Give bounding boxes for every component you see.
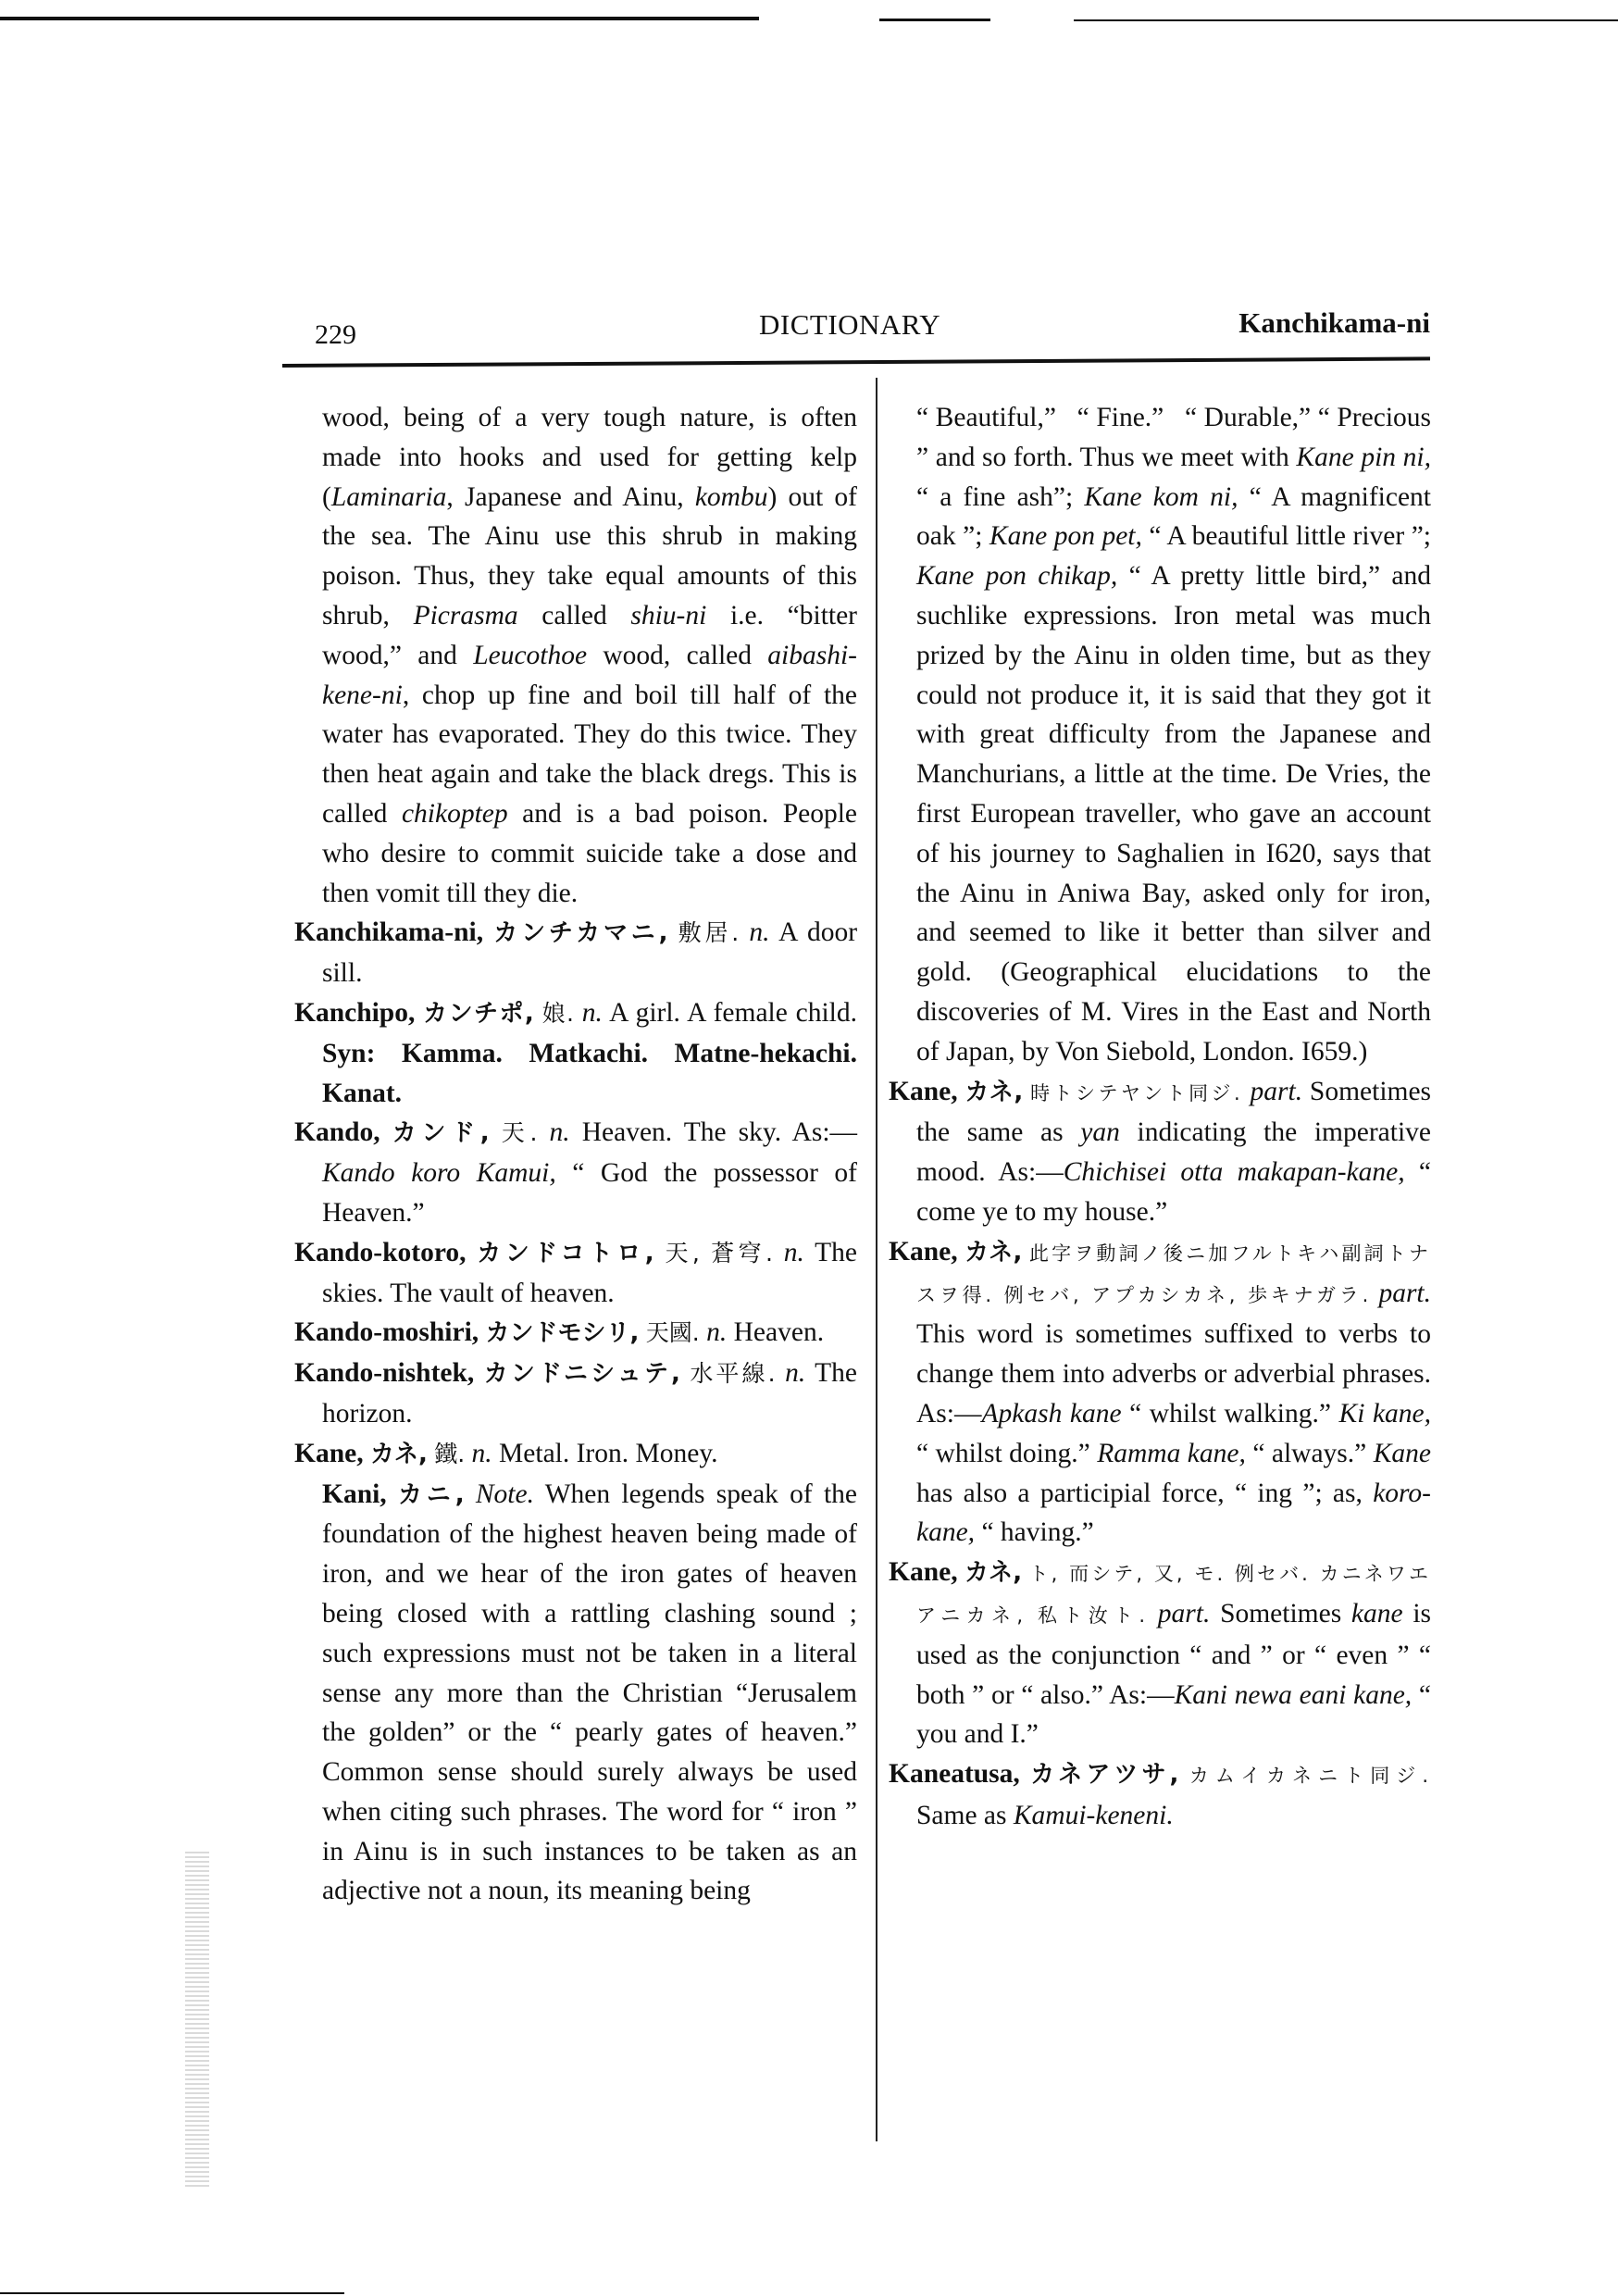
example: Kani newa eani kane, [1175, 1680, 1413, 1710]
scan-edge-bottom [0, 2292, 344, 2294]
column-divider [876, 378, 877, 2141]
dictionary-entry-kando-moshiri: Kando-moshiri, カンドモシリ, 天國. n. Heaven. [294, 1313, 857, 1354]
japanese-gloss: カムイカネニト同ジ. [1189, 1765, 1431, 1787]
katakana: カンドニシュテ, [484, 1360, 680, 1388]
headword: Kane, [889, 1237, 958, 1267]
definition: Heaven. [734, 1317, 824, 1347]
definition: Metal. Iron. Money. [499, 1439, 718, 1468]
scan-edge-top-right [879, 19, 990, 21]
scan-edge-top-far-right [1074, 19, 1618, 21]
katakana: カンド, [392, 1119, 490, 1147]
dictionary-entry-kane-kani: Kane, カネ, 鐵. n. Metal. Iron. Money. Kani… [294, 1434, 857, 1912]
dictionary-entry-kane-adverbial: Kane, カネ, 此字ヲ動詞ノ後ニ加フルトキハ副詞トナスヲ得. 例セバ, アプ… [889, 1232, 1431, 1553]
right-column: “ Beautiful,” “ Fine.” “ Durable,” “ Pre… [889, 398, 1431, 1836]
guide-word: Kanchikama-ni [1238, 306, 1430, 340]
headword-variant: Kani, [322, 1479, 387, 1509]
part-of-speech: part. [1158, 1599, 1211, 1628]
katakana: カンドコトロ, [477, 1240, 653, 1267]
katakana: カネ, [965, 1239, 1022, 1267]
part-of-speech: n. [784, 1238, 804, 1267]
part-of-speech: n. [550, 1117, 570, 1147]
running-title: DICTIONARY [759, 308, 940, 342]
kanji: 鐵. [434, 1441, 465, 1467]
scan-edge-top [0, 17, 759, 20]
part-of-speech: part. [1378, 1279, 1431, 1308]
kanji: 敷居. [678, 919, 740, 946]
headword: Kando, [294, 1117, 380, 1147]
note-text: When legends speak of the foundation of … [322, 1479, 857, 1906]
katakana: カンチポ, [423, 1000, 534, 1028]
katakana-variant: カニ, [398, 1481, 465, 1509]
page-header: 229 DICTIONARY Kanchikama-ni [315, 301, 1430, 352]
example: Chichisei otta makapan-kane, [1064, 1157, 1405, 1187]
kanji: 天. [502, 1119, 538, 1146]
kanji: 娘. [542, 1000, 574, 1027]
continued-text: “ Beautiful,” “ Fine.” “ Durable,” “ Pre… [889, 398, 1431, 1072]
headword: Kando-kotoro, [294, 1238, 467, 1267]
headword: Kando-moshiri, [294, 1317, 479, 1347]
part-of-speech: n. [582, 998, 603, 1028]
part-of-speech: n. [706, 1317, 727, 1347]
page-number: 229 [315, 319, 356, 351]
continued-text: wood, being of a very tough nature, is o… [294, 398, 857, 913]
dictionary-entry-kando-kotoro: Kando-kotoro, カンドコトロ, 天, 蒼穹. n. The skie… [294, 1233, 857, 1314]
note-label: Note. [476, 1479, 534, 1509]
definition: Heaven. The sky. As:— [582, 1117, 857, 1147]
kanji: 天國. [646, 1319, 700, 1346]
headword: Kane, [889, 1557, 958, 1587]
headword: Kane, [889, 1077, 958, 1106]
dictionary-entry-kando-nishtek: Kando-nishtek, カンドニシュテ, 水平線. n. The hori… [294, 1354, 857, 1434]
japanese-gloss: 時トシテヤント同ジ. [1030, 1082, 1243, 1104]
example: Kando koro Kamui, [322, 1158, 556, 1188]
headword: Kaneatusa, [889, 1759, 1020, 1789]
katakana: カンドモシリ, [486, 1319, 640, 1347]
dictionary-entry-kanchikama-ni: Kanchikama-ni, カンチカマニ, 敷居. n. A door sil… [294, 913, 857, 993]
kanji: 水平線. [690, 1360, 775, 1387]
dictionary-entry-kane-conjunction: Kane, カネ, ト, 而シテ, 又, モ. 例セバ. カニネワエアニカネ, … [889, 1553, 1431, 1754]
kanji: 天, 蒼穹. [665, 1240, 773, 1267]
part-of-speech: part. [1251, 1077, 1303, 1106]
headword: Kane, [294, 1439, 364, 1468]
part-of-speech: n. [749, 917, 769, 947]
headword: Kando-nishtek, [294, 1358, 474, 1388]
dictionary-entry-kane-imperative: Kane, カネ, 時トシテヤント同ジ. part. Sometimes the… [889, 1072, 1431, 1232]
dictionary-entry-kanchipo: Kanchipo, カンチポ, 娘. n. A girl. A female c… [294, 993, 857, 1113]
katakana: カネ, [965, 1559, 1022, 1587]
left-column: wood, being of a very tough nature, is o… [294, 398, 857, 1911]
binding-shadow [185, 1852, 209, 2190]
headword: Kanchipo, [294, 998, 415, 1028]
synonym-label: Syn: [322, 1039, 375, 1068]
header-rule [282, 356, 1430, 368]
definition: A girl. A female child. [609, 998, 857, 1028]
katakana: カンチカマニ, [493, 919, 667, 947]
katakana: カネ, [965, 1079, 1023, 1106]
dictionary-entry-kaneatusa: Kaneatusa, カネアツサ, カムイカネニト同ジ. Same as Kam… [889, 1754, 1431, 1836]
katakana: カネアツサ, [1030, 1761, 1178, 1789]
headword: Kanchikama-ni, [294, 917, 483, 947]
synonyms: Kamma. Matkachi. Matne-hekachi. Kanat. [322, 1039, 857, 1108]
katakana: カネ, [370, 1441, 428, 1468]
part-of-speech: n. [472, 1439, 492, 1468]
part-of-speech: n. [785, 1358, 805, 1388]
dictionary-entry-kando: Kando, カンド, 天. n. Heaven. The sky. As:—K… [294, 1113, 857, 1232]
